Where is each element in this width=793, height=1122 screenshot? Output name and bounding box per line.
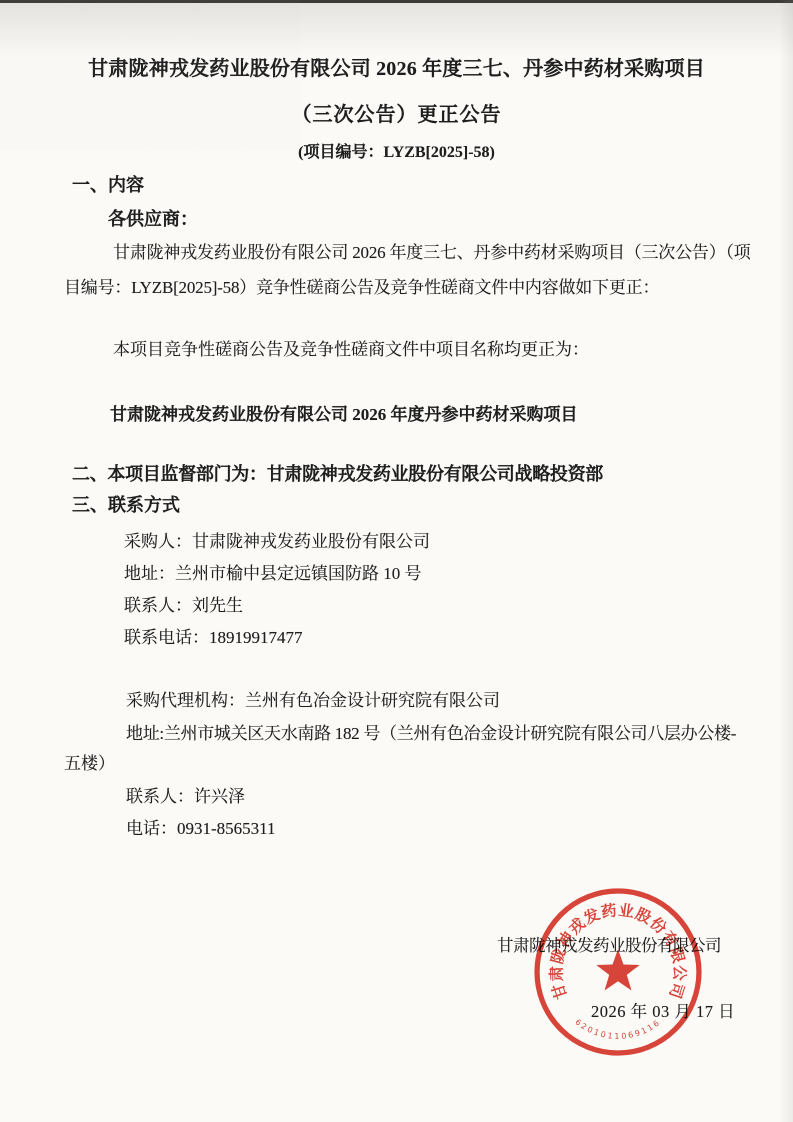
seal-star-icon xyxy=(596,949,639,990)
doc-title-line1: 甘肃陇神戎发药业股份有限公司 2026 年度三七、丹参中药材采购项目 xyxy=(0,57,793,82)
company-seal: 甘肃陇神戎发药业股份有限公司 6201011069116 xyxy=(530,876,706,1068)
agency-phone: 电话：0931-8565311 xyxy=(126,818,276,839)
corrected-project-name: 甘肃陇神戎发药业股份有限公司 2026 年度丹参中药材采购项目 xyxy=(110,404,578,425)
scan-shading-right xyxy=(779,0,793,1122)
buyer-name: 采购人：甘肃陇神戎发药业股份有限公司 xyxy=(124,531,430,552)
correction-intro: 本项目竞争性磋商公告及竞争性磋商文件中项目名称均更正为： xyxy=(113,339,589,360)
buyer-phone: 联系电话：18919917477 xyxy=(124,627,303,648)
scanned-announcement-page: 甘肃陇神戎发药业股份有限公司 2026 年度三七、丹参中药材采购项目 （三次公告… xyxy=(0,0,793,1122)
section-1-heading: 一、内容 xyxy=(72,174,144,197)
section-2-heading: 二、本项目监督部门为：甘肃陇神戎发药业股份有限公司战略投资部 xyxy=(72,463,603,486)
agency-name: 采购代理机构：兰州有色冶金设计研究院有限公司 xyxy=(126,690,500,711)
agency-address-line1: 地址:兰州市城关区天水南路 182 号（兰州有色冶金设计研究院有限公司八层办公楼… xyxy=(126,723,736,744)
seal-serial-number: 6201011069116 xyxy=(573,1017,662,1040)
buyer-address: 地址：兰州市榆中县定远镇国防路 10 号 xyxy=(124,563,422,584)
paragraph-1-line2: 目编号：LYZB[2025]-58）竞争性磋商公告及竞争性磋商文件中内容做如下更… xyxy=(64,277,659,298)
section-3-heading: 三、联系方式 xyxy=(72,494,180,517)
doc-title-line2: （三次公告）更正公告 xyxy=(0,103,793,128)
agency-contact: 联系人：许兴泽 xyxy=(126,786,245,807)
agency-address-line2: 五楼） xyxy=(64,753,115,774)
scan-shading xyxy=(0,3,793,58)
paragraph-1-line1: 甘肃陇神戎发药业股份有限公司 2026 年度三七、丹参中药材采购项目（三次公告）… xyxy=(113,242,751,263)
salutation: 各供应商： xyxy=(108,208,198,231)
project-number: (项目编号：LYZB[2025]-58) xyxy=(0,143,793,163)
buyer-contact: 联系人：刘先生 xyxy=(124,595,243,616)
svg-text:6201011069116: 6201011069116 xyxy=(573,1017,662,1040)
